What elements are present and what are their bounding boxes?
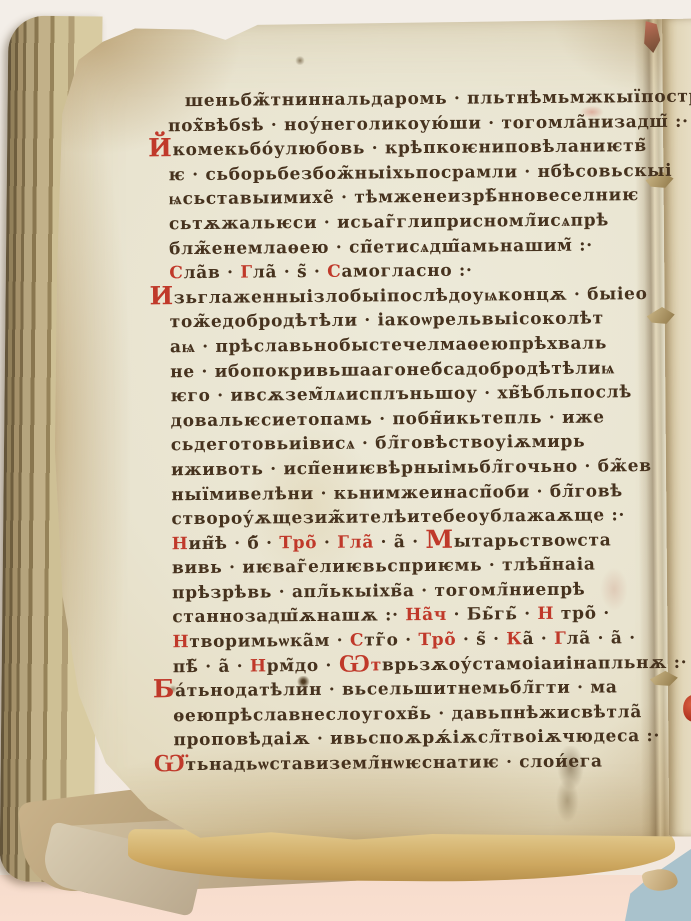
manuscript-line: блж̃енемлаѳею · сп̃етисѧдш̃амьнашим̃ :· <box>169 233 651 262</box>
body-text: пох̃вѣбѕѣ · ноу́неголикоую́ши · тогомла̃… <box>168 111 689 136</box>
rubric-text: На̃ч <box>405 605 447 625</box>
body-text: ѳеюпрѣславнеслоугохв̃ь · давьпнѣжисвѣтла… <box>173 702 642 726</box>
body-text: блж̃енемлаѳею · сп̃етисѧдш̃амьнашим̃ :· <box>169 235 593 259</box>
body-text: иживоть · исп̃ениѥвѣрныімьбл̃гочьно · бж… <box>171 456 652 480</box>
rubric-text: Г <box>240 263 253 283</box>
manuscript-line: шеньбж̃тниннальдаромь · пльтнѣмьмжкыїпос… <box>168 85 650 114</box>
body-text: зьглаженныізлобыіпослѣдоуѩконцѫ · быіео <box>174 284 648 308</box>
body-text: ытарьствоѡста <box>454 530 612 551</box>
stain-spot <box>295 56 304 65</box>
body-text: а́тьнодатѣлин · вьсельшитнемьбл̃гти · ма <box>175 678 618 702</box>
manuscript-photo: шеньбж̃тниннальдаромь · пльтнѣмьмжкыїпос… <box>0 0 691 921</box>
body-text: ин̃ѣ · б̃ · <box>188 533 279 554</box>
body-text: ѥго · ивсѫзем̃лѧисплъньшоу · хв̃ѣбльпосл… <box>170 382 632 406</box>
manuscript-line: Нтворимьѡка̃м · Стг̃о · Тро̃ · ѕ̃ · Ка̃ … <box>172 626 654 655</box>
manuscript-line: створоу́ѫщезиж̃ителѣитебеоублажаѫще :· <box>171 503 653 532</box>
body-text: прѣзрѣвь · апл̃ькыіхв̃а · тогомл̃ниепрѣ <box>172 579 585 603</box>
manuscript-line: Ѡ̈тьнадьѡставиземл̃нѡѥснатиѥ · слои́ега <box>174 749 656 778</box>
manuscript-line: аѩ · прѣславьнобыстечелмаѳеюпрѣхваль <box>170 331 652 360</box>
body-text: тг̃о · <box>364 630 418 650</box>
body-text: · Бь̃гь̃ · <box>447 605 538 626</box>
body-text: творимьѡка̃м · <box>189 631 350 652</box>
manuscript-line: ѥго · ивсѫзем̃лѧисплъньшоу · хв̃ѣбльпосл… <box>170 380 652 409</box>
body-text: пѣ̃ · а̃ · <box>173 656 250 677</box>
body-text: сьтѫжальѥси · исьаг̃глиприсномл̃исѧпрѣ <box>169 210 609 234</box>
manuscript-page: шеньбж̃тниннальдаромь · пльтнѣмьмжкыїпос… <box>51 19 691 843</box>
body-text: проповѣдаіѫ · ивьспоѫрѫ́іѫсл̃твоіѫчюдеса… <box>173 726 660 750</box>
rubric-text: К <box>506 629 522 649</box>
body-text: ла̃ · ѕ̃ · <box>253 262 328 283</box>
body-text: амогласно :· <box>341 261 472 282</box>
rubric-text: Н <box>172 534 189 554</box>
body-text: комекьбо́улюбовь · крѣпкоѥниповѣланиѥтв̃ <box>173 136 647 160</box>
body-text: ла̃в · <box>183 263 240 283</box>
rubric-text: Н <box>172 632 189 652</box>
body-text: не · ибопокривьшаагонеб̃садобродѣтѣлиѩ <box>170 358 615 382</box>
rubric-text: Г <box>554 629 567 649</box>
body-text: врьзѫоу́стамоіаиінапльнѫ :· <box>382 652 688 675</box>
body-text: тьнадьѡставиземл̃нѡѥснатиѥ · слои́ега <box>186 752 603 776</box>
body-text: станнозадш̃ѫнашѫ :· <box>172 606 405 628</box>
rubric-text: Тро̃ <box>279 533 317 553</box>
body-text: а̃ · <box>522 629 554 649</box>
body-text: тож̃едобродѣтѣли · іакоѡрельвыісоколѣт <box>170 309 604 333</box>
body-text: ѥ · сьборьбезбож̃ныіхьпосрамли · нбѣсовь… <box>168 161 672 185</box>
manuscript-line: сьтѫжальѥси · исьаг̃глиприсномл̃исѧпрѣ <box>169 208 651 237</box>
rubric-text: Тро̃ <box>418 630 456 650</box>
body-text: · <box>317 532 337 552</box>
text-block: шеньбж̃тниннальдаромь · пльтнѣмьмжкыїпос… <box>168 85 656 778</box>
rubric-text: С <box>327 262 341 282</box>
manuscript-line: иживоть · исп̃ениѥвѣрныімьбл̃гочьно · бж… <box>171 454 653 483</box>
body-text: ѩсьставыимихе̃ · тѣмженеизрѣ̃нновеселниѥ <box>169 186 639 210</box>
rubric-text: Н <box>250 656 267 676</box>
rubric-text: Гла̃ <box>337 532 374 552</box>
rubric-text: Н <box>537 604 554 624</box>
body-text: ныїмивелѣни · кьнимжеинасп̃оби · бл̃говѣ <box>171 481 623 505</box>
rubric-text: т <box>371 655 382 675</box>
body-text: сьдеготовьиівисѧ · бл̃говѣствоуіѫмирь <box>171 432 586 456</box>
body-text: рм̃до · <box>267 655 339 676</box>
body-text: вивь · иѥваг̃елиѥвьсприѥмь · тлѣн̃наіа <box>172 555 596 579</box>
body-text: тро̃ · <box>554 604 610 624</box>
body-text: створоу́ѫщезиж̃ителѣитебеоублажаѫще :· <box>171 505 625 529</box>
body-text: · ѕ̃ · <box>456 629 506 649</box>
body-text: шеньбж̃тниннальдаромь · пльтнѣмьмжкыїпос… <box>185 86 691 111</box>
body-text: ла̃ · а̃ · <box>566 628 635 649</box>
body-text: аѩ · прѣславьнобыстечелмаѳеюпрѣхваль <box>170 333 607 357</box>
body-text: довальѥсиетопамь · побн̃икьтепль · иже <box>171 407 605 431</box>
body-text: · а̃ · <box>374 532 426 552</box>
